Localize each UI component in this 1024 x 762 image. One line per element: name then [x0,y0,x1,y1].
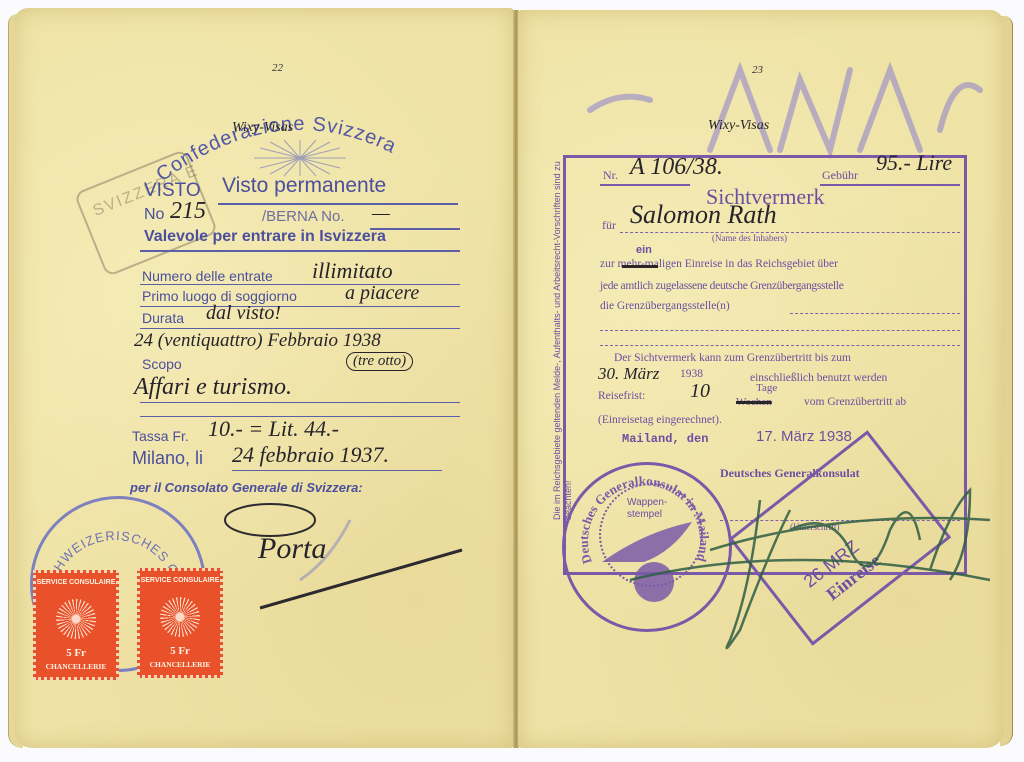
duration-note: (tre otto) [346,352,413,371]
visa-no-value: 215 [170,198,206,225]
field-value-first-stay: a piacere [345,282,419,305]
fee-value: 10.- = Lit. 44.- [208,416,339,442]
entry-text-1: zur mehr-maligen Einreise in das Reichsg… [600,258,838,270]
valid-entry-line: Valevole per entrare in Isvizzera [144,228,386,246]
wochen-struck: Wochen [736,396,772,408]
field-label-duration: Durata [142,310,184,326]
field-value-entries: illimitato [312,258,393,284]
open-passport: 22 SVIZZERA E Confederazione Svizzera Wi… [0,0,1024,762]
revenue-stamp: SERVICE CONSULAIRE 5 Fr CHANCELLERIE [33,570,119,680]
nr-label: Nr. [603,168,618,183]
consul-signature-flourish [200,490,480,620]
wixy-visas-handwritten-right: Wixy-Visas [708,118,769,134]
valid-until-hand: 30. März [598,364,659,384]
fee-label: Tassa Fr. [132,428,189,444]
tage-label: Tage [756,382,777,394]
reisefrist-suffix: vom Grenzübertritt ab [804,396,906,408]
holder-name: Salomon Rath [630,200,777,230]
visa-no-label: No [144,206,164,224]
valid-year: 1938 [680,368,703,380]
background-pencil-scrawl [560,30,1000,170]
sun-emblem-icon [160,597,200,637]
reisefrist-label: Reisefrist: [598,390,645,402]
einreisetag-note: (Einreisetag eingerechnet). [598,414,722,426]
issued-date: 17. März 1938 [756,428,852,445]
entry-text-2: jede amtlich zugelassene deutsche Grenzü… [600,280,844,292]
berna-label: /BERNA No. [262,208,345,225]
ein-insert: ein [636,244,652,256]
scope-label: Scopo [142,356,182,372]
holder-caption: (Name des Inhabers) [712,233,787,243]
scope-value: Affari e turismo. [134,374,292,401]
consul-signature: Porta [258,532,326,566]
wixy-visas-handwritten-left: Wixy-Visas [232,120,293,136]
page-number-right: 23 [752,64,763,76]
validity-text: Der Sichtvermerk kann zum Grenzübertritt… [614,352,851,364]
visa-type: Visto permanente [222,174,386,198]
entry-text-3: die Grenzübergangsstelle(n) [600,300,730,312]
page-number-left: 22 [272,62,283,74]
sun-emblem-icon [56,599,96,639]
reisefrist-value: 10 [690,380,710,403]
fee-label-german: Gebühr [822,168,858,183]
issued-place: Mailand, den [622,432,708,446]
fee-value-german: 95.- Lire [876,150,952,176]
place-label: Milano, li [132,448,203,469]
strike-mehr [622,265,658,268]
german-official-signature [590,470,1000,670]
field-label-entries: Numero delle entrate [142,268,273,284]
nr-value: A 106/38. [630,154,723,181]
duration-date: 24 (ventiquattro) Febbraio 1938 [134,330,381,352]
place-date-value: 24 febbraio 1937. [232,442,389,468]
for-label: für [602,218,616,233]
berna-value: — [372,202,390,225]
field-value-duration: dal visto! [206,302,281,325]
